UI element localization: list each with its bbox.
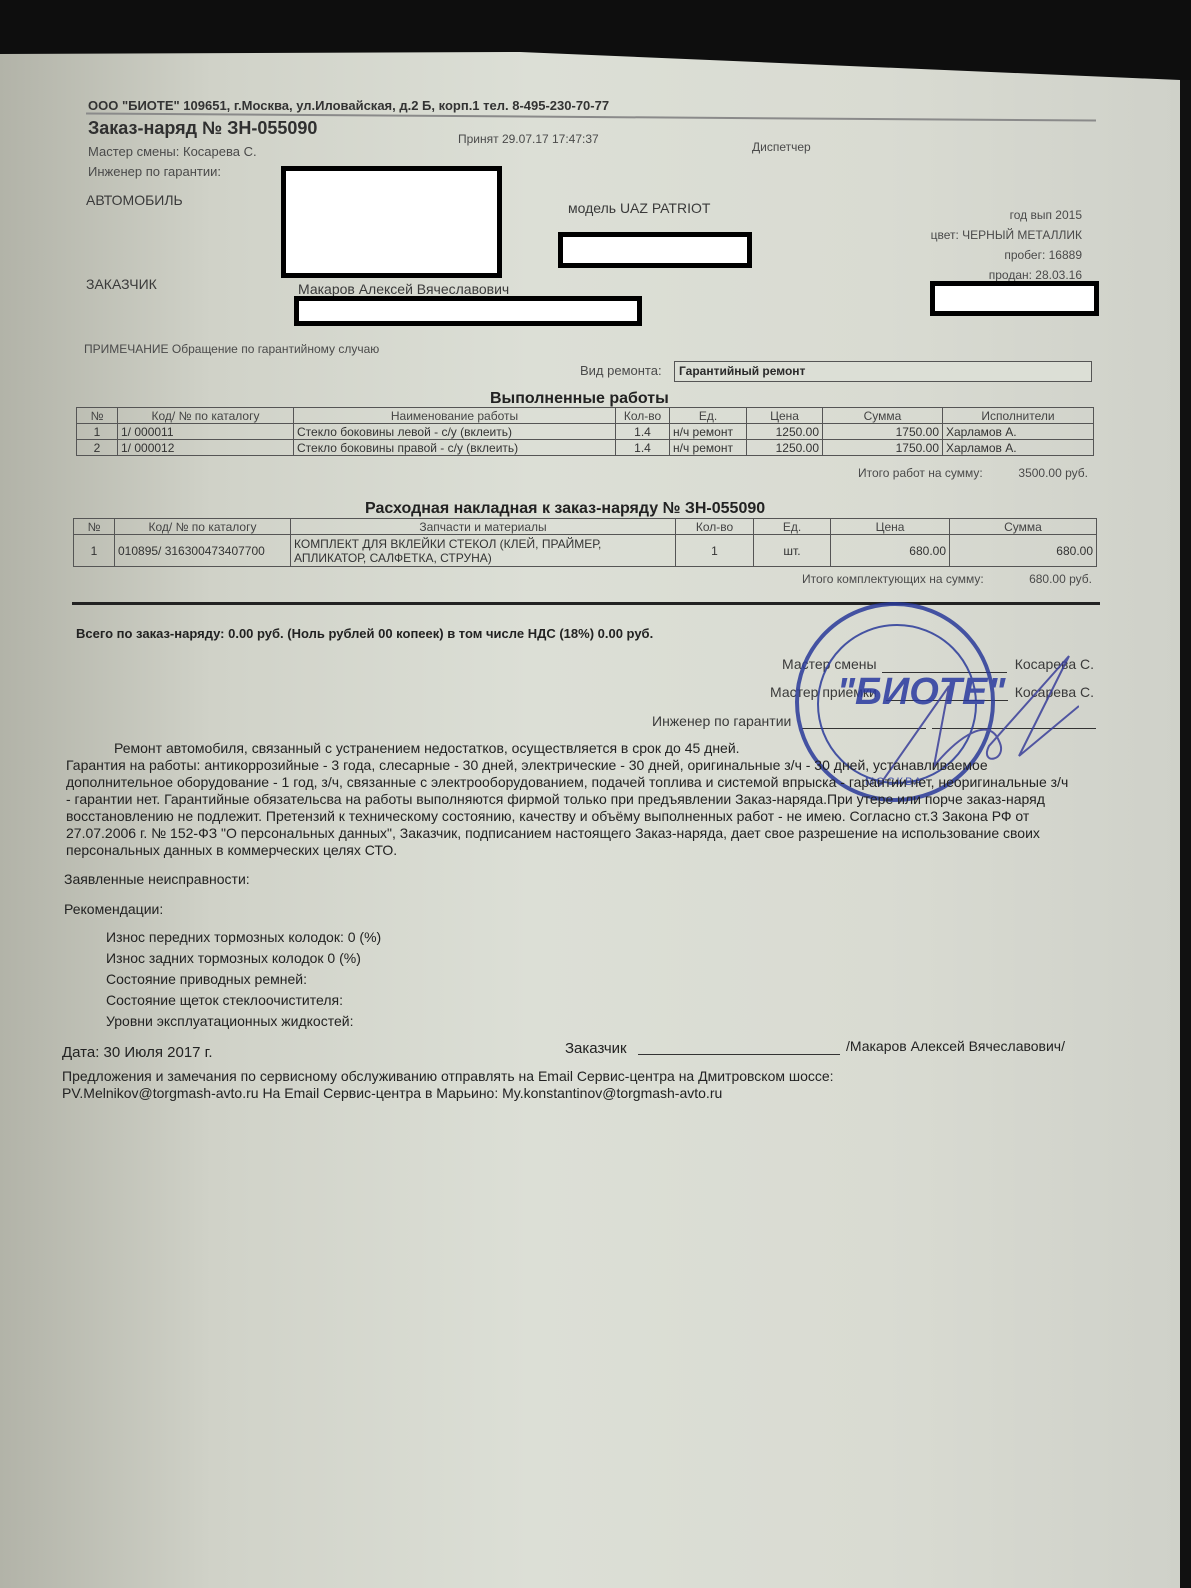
col-unit: Ед. [754, 519, 831, 535]
vehicle-sold-date: продан: 28.03.16 [989, 268, 1082, 282]
customer-sign-label: Заказчик [565, 1040, 627, 1057]
recommendation-item: Износ передних тормозных колодок: 0 (%) [106, 929, 381, 946]
document-date: Дата: 30 Июля 2017 г. [62, 1044, 213, 1061]
works-total-value: 3500.00 руб. [1018, 466, 1088, 480]
col-number: № [77, 408, 118, 424]
footer-emails: PV.Melnikov@torgmash-avto.ru На Email Се… [62, 1085, 722, 1102]
dispatcher-label: Диспетчер [752, 140, 811, 154]
recommendations-label: Рекомендации: [64, 901, 163, 918]
order-title: Заказ-наряд № ЗН-055090 [88, 118, 317, 139]
col-unit: Ед. [670, 408, 747, 424]
grand-total: Всего по заказ-наряду: 0.00 руб. (Ноль р… [76, 626, 653, 641]
customer-name: Макаров Алексей Вячеславович [298, 281, 509, 297]
col-price: Цена [747, 408, 823, 424]
redacted-block [294, 296, 642, 326]
col-code: Код/ № по каталогу [118, 408, 294, 424]
repair-term-note: Ремонт автомобиля, связанный с устранени… [114, 740, 740, 757]
vehicle-label: АВТОМОБИЛЬ [86, 192, 183, 208]
recommendation-item: Уровни эксплуатационных жидкостей: [106, 1013, 353, 1030]
warranty-engineer: Инженер по гарантии: [88, 164, 221, 179]
recommendation-item: Состояние щеток стеклоочистителя: [106, 992, 343, 1009]
shift-master: Мастер смены: Косарева С. [88, 144, 257, 159]
col-number: № [74, 519, 115, 535]
works-title: Выполненные работы [490, 390, 669, 408]
signature-line [638, 1054, 840, 1055]
recommendation-item: Износ задних тормозных колодок 0 (%) [106, 950, 361, 967]
customer-sign-name: /Макаров Алексей Вячеславович/ [846, 1038, 1065, 1055]
company-header: ООО "БИОТЕ" 109651, г.Москва, ул.Иловайс… [88, 98, 609, 113]
warranty-terms: Гарантия на работы: антикоррозийные - 3 … [66, 757, 1076, 859]
works-table: № Код/ № по каталогу Наименование работы… [76, 407, 1094, 456]
customer-label: ЗАКАЗЧИК [86, 276, 157, 292]
table-row: 1 010895/ 316300473407700 КОМПЛЕКТ ДЛЯ В… [74, 535, 1097, 567]
col-parts-name: Запчасти и материалы [291, 519, 676, 535]
col-sum: Сумма [823, 408, 943, 424]
table-row: 2 1/ 000012 Стекло боковины правой - с/у… [77, 440, 1094, 456]
redacted-block [281, 166, 502, 278]
warranty-engineer-sign-label: Инженер по гарантии [652, 713, 791, 729]
footer-feedback: Предложения и замечания по сервисному об… [62, 1068, 834, 1085]
vehicle-year: год вып 2015 [1010, 208, 1082, 222]
repair-type-label: Вид ремонта: [580, 363, 662, 378]
col-sum: Сумма [950, 519, 1097, 535]
col-performers: Исполнители [943, 408, 1094, 424]
col-qty: Кол-во [676, 519, 754, 535]
recommendation-item: Состояние приводных ремней: [106, 971, 307, 988]
parts-total-value: 680.00 руб. [1029, 572, 1092, 586]
parts-title: Расходная накладная к заказ-наряду № ЗН-… [365, 500, 765, 518]
declared-faults-label: Заявленные неисправности: [64, 871, 250, 888]
redacted-block [558, 232, 752, 268]
col-price: Цена [831, 519, 950, 535]
parts-total-label: Итого комплектующих на сумму: [802, 572, 984, 586]
vehicle-model: модель UAZ PATRIOT [568, 200, 710, 216]
work-order-document: ООО "БИОТЕ" 109651, г.Москва, ул.Иловайс… [0, 52, 1180, 1588]
repair-type-field: Гарантийный ремонт [674, 361, 1092, 382]
table-row: 1 1/ 000011 Стекло боковины левой - с/у … [77, 424, 1094, 440]
note: ПРИМЕЧАНИЕ Обращение по гарантийному слу… [84, 342, 379, 356]
vehicle-mileage: пробег: 16889 [1004, 248, 1082, 262]
accepted-timestamp: Принят 29.07.17 17:47:37 [458, 132, 599, 146]
section-divider [72, 602, 1100, 605]
parts-table: № Код/ № по каталогу Запчасти и материал… [73, 518, 1097, 567]
parts-header-row: № Код/ № по каталогу Запчасти и материал… [74, 519, 1097, 535]
col-qty: Кол-во [616, 408, 670, 424]
vehicle-color: цвет: ЧЕРНЫЙ МЕТАЛЛИК [931, 228, 1082, 242]
works-total-label: Итого работ на сумму: [858, 466, 983, 480]
col-work-name: Наименование работы [294, 408, 616, 424]
redacted-block [930, 281, 1099, 316]
col-code: Код/ № по каталогу [115, 519, 291, 535]
works-header-row: № Код/ № по каталогу Наименование работы… [77, 408, 1094, 424]
